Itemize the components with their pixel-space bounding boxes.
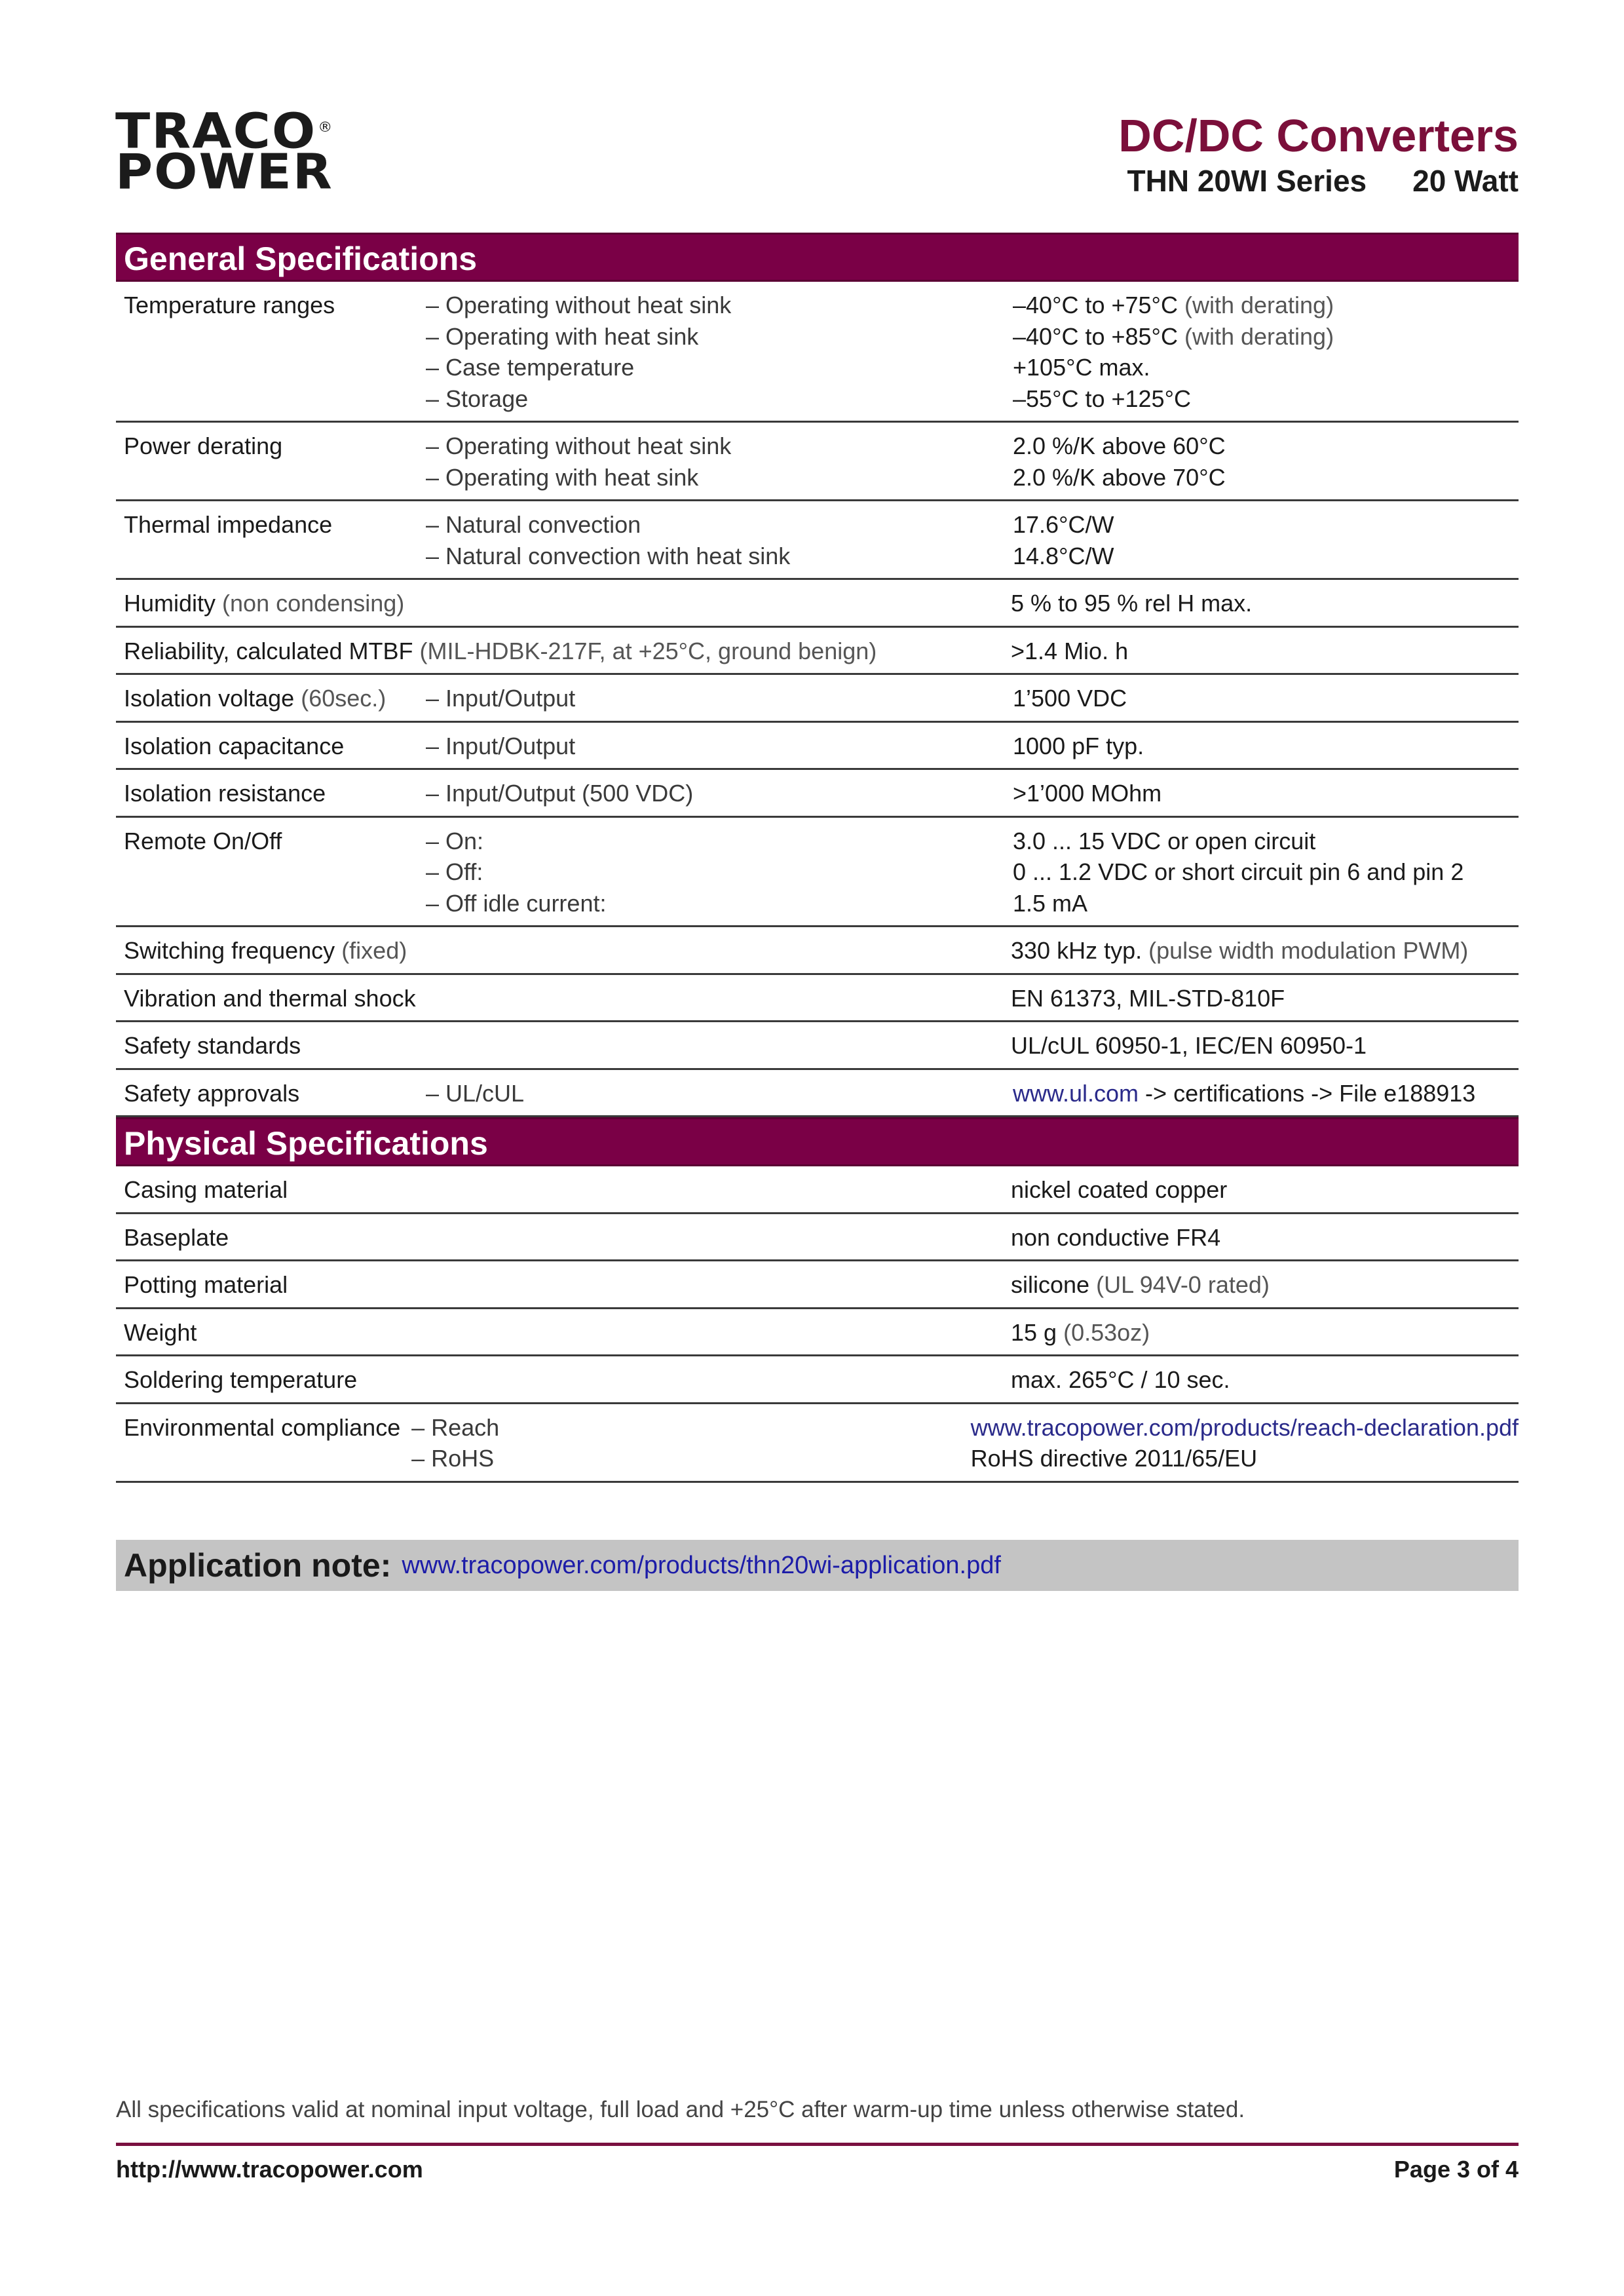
spec-values: 1’500 VDC	[1011, 683, 1519, 714]
spec-value-line: –40°C to +85°C (with derating)	[1013, 321, 1519, 353]
spec-label-note: (60sec.)	[301, 685, 386, 712]
spec-value-line: 1’500 VDC	[1013, 683, 1519, 714]
registered-mark: ®	[318, 120, 333, 136]
spec-value-line: –40°C to +75°C (with derating)	[1013, 290, 1519, 321]
spec-value: 14.8°C/W	[1013, 543, 1114, 569]
spec-value-line: silicone (UL 94V-0 rated)	[1011, 1269, 1519, 1301]
spec-value-line: 17.6°C/W	[1013, 509, 1519, 541]
spec-row: Thermal impedance– Natural convection– N…	[116, 501, 1519, 580]
spec-conditions: – Input/Output (500 VDC)	[426, 778, 1011, 809]
spacer	[229, 1222, 1009, 1253]
spec-values: www.tracopower.com/products/reach-declar…	[969, 1412, 1519, 1474]
spacer	[404, 588, 1009, 619]
spec-values: UL/cUL 60950-1, IEC/EN 60950-1	[1009, 1030, 1519, 1062]
spacer	[197, 1317, 1009, 1349]
spec-value: silicone	[1011, 1271, 1089, 1298]
spacer	[288, 1174, 1009, 1206]
spec-label: Isolation voltage (60sec.)	[116, 683, 426, 714]
spec-value-line: –55°C to +125°C	[1013, 383, 1519, 415]
general-specifications-table: General Specifications Temperature range…	[116, 233, 1519, 1117]
spec-row: Safety standardsUL/cUL 60950-1, IEC/EN 6…	[116, 1022, 1519, 1070]
spec-values: EN 61373, MIL-STD-810F	[1009, 983, 1519, 1014]
spec-value-line: 1000 pF typ.	[1013, 731, 1519, 762]
spec-row: Environmental compliance– Reach– RoHSwww…	[116, 1404, 1519, 1483]
spec-condition: – Input/Output	[426, 731, 1011, 762]
specifications-footnote: All specifications valid at nominal inpu…	[116, 2097, 1245, 2123]
spec-values: 15 g (0.53oz)	[1009, 1317, 1519, 1349]
spec-value: 330 kHz typ.	[1011, 937, 1142, 964]
spec-label-note: (non condensing)	[222, 590, 404, 617]
spec-label-text: Environmental compliance	[124, 1414, 400, 1441]
spec-value-line: 5 % to 95 % rel H max.	[1011, 588, 1519, 619]
spec-value-line: max. 265°C / 10 sec.	[1011, 1364, 1519, 1396]
spec-value-line: non conductive FR4	[1011, 1222, 1519, 1253]
spec-value: UL/cUL 60950-1, IEC/EN 60950-1	[1011, 1032, 1367, 1059]
spec-value-link[interactable]: www.tracopower.com/products/reach-declar…	[971, 1414, 1519, 1441]
spec-values: non conductive FR4	[1009, 1222, 1519, 1253]
spec-label: Reliability, calculated MTBF (MIL-HDBK-2…	[116, 636, 877, 667]
spec-label: Isolation capacitance	[116, 731, 426, 762]
spec-label: Baseplate	[116, 1222, 229, 1253]
spec-condition: – Storage	[426, 383, 1011, 415]
spacer	[407, 935, 1009, 966]
spec-value: nickel coated copper	[1011, 1176, 1227, 1203]
spec-conditions: – Reach– RoHS	[411, 1412, 969, 1474]
spec-condition: – UL/cUL	[426, 1078, 1011, 1109]
spec-label: Casing material	[116, 1174, 288, 1206]
spec-values: >1.4 Mio. h	[1009, 636, 1519, 667]
spec-label: Environmental compliance	[116, 1412, 411, 1474]
spec-value-line: 330 kHz typ. (pulse width modulation PWM…	[1011, 935, 1519, 966]
spec-value: –55°C to +125°C	[1013, 385, 1191, 412]
spec-label-text: Potting material	[124, 1271, 288, 1298]
footer-divider	[116, 2143, 1519, 2146]
spec-label: Weight	[116, 1317, 197, 1349]
spec-values: 17.6°C/W14.8°C/W	[1011, 509, 1519, 571]
spec-conditions: – UL/cUL	[426, 1078, 1011, 1109]
spec-value: 0 ... 1.2 VDC or short circuit pin 6 and…	[1013, 858, 1463, 885]
spec-row: Potting materialsilicone (UL 94V-0 rated…	[116, 1261, 1519, 1309]
spec-value-line: www.ul.com -> certifications -> File e18…	[1013, 1078, 1519, 1109]
spec-value: –40°C to +85°C	[1013, 323, 1178, 350]
spec-label-text: Vibration and thermal shock	[124, 985, 416, 1012]
spec-label: Remote On/Off	[116, 826, 426, 919]
spec-value: >1.4 Mio. h	[1011, 638, 1128, 664]
spec-row: Remote On/Off– On:– Off:– Off idle curre…	[116, 818, 1519, 928]
spec-value: 5 % to 95 % rel H max.	[1011, 590, 1252, 617]
spacer	[288, 1269, 1009, 1301]
spec-value: 2.0 %/K above 60°C	[1013, 432, 1226, 459]
spec-row: Reliability, calculated MTBF (MIL-HDBK-2…	[116, 628, 1519, 676]
spec-condition: – Operating with heat sink	[426, 462, 1011, 493]
logo-line-2: POWER	[115, 153, 333, 192]
application-note-label: Application note:	[124, 1546, 391, 1584]
spec-label: Safety approvals	[116, 1078, 426, 1109]
spec-label-text: Switching frequency	[124, 937, 335, 964]
spec-label-note: (MIL-HDBK-217F, at +25°C, ground benign)	[420, 638, 877, 664]
spec-value-note: (UL 94V-0 rated)	[1096, 1271, 1270, 1298]
spec-conditions: – On:– Off:– Off idle current:	[426, 826, 1011, 919]
spec-label-text: Isolation capacitance	[124, 733, 344, 759]
spec-condition: – RoHS	[411, 1443, 969, 1474]
spec-row: Isolation voltage (60sec.)– Input/Output…	[116, 675, 1519, 723]
spec-row: Temperature ranges– Operating without he…	[116, 282, 1519, 423]
spacer	[877, 636, 1009, 667]
spec-condition: – On:	[426, 826, 1011, 857]
spec-value-line: www.tracopower.com/products/reach-declar…	[971, 1412, 1519, 1444]
spec-value: 2.0 %/K above 70°C	[1013, 464, 1226, 491]
spec-label-text: Power derating	[124, 432, 282, 459]
spec-label: Power derating	[116, 430, 426, 493]
page-number: Page 3 of 4	[1394, 2156, 1519, 2183]
spec-condition: – Operating without heat sink	[426, 430, 1011, 462]
spec-row: Casing materialnickel coated copper	[116, 1166, 1519, 1214]
spec-value-line: EN 61373, MIL-STD-810F	[1011, 983, 1519, 1014]
section-header-physical: Physical Specifications	[116, 1117, 1519, 1166]
spec-row: Isolation resistance– Input/Output (500 …	[116, 770, 1519, 818]
spec-label-text: Remote On/Off	[124, 828, 282, 854]
spec-condition: – Operating with heat sink	[426, 321, 1011, 353]
spec-condition: – Operating without heat sink	[426, 290, 1011, 321]
spec-value: 17.6°C/W	[1013, 511, 1114, 538]
spec-label-text: Baseplate	[124, 1224, 229, 1251]
document-subtitle: THN 20WI Series20 Watt	[1118, 163, 1519, 199]
spec-values: 3.0 ... 15 VDC or open circuit0 ... 1.2 …	[1011, 826, 1519, 919]
spec-label: Potting material	[116, 1269, 288, 1301]
spec-row: Power derating– Operating without heat s…	[116, 423, 1519, 501]
spec-label-text: Isolation voltage	[124, 685, 294, 712]
spec-value-note: (with derating)	[1184, 323, 1334, 350]
spec-label-text: Thermal impedance	[124, 511, 332, 538]
spec-value: 15 g	[1011, 1319, 1057, 1346]
spec-value: 1.5 mA	[1013, 890, 1087, 917]
spec-value-line: >1.4 Mio. h	[1011, 636, 1519, 667]
spec-value-line: UL/cUL 60950-1, IEC/EN 60950-1	[1011, 1030, 1519, 1062]
spec-value-line: 0 ... 1.2 VDC or short circuit pin 6 and…	[1013, 856, 1519, 888]
spec-label-text: Humidity	[124, 590, 216, 617]
spec-label: Switching frequency (fixed)	[116, 935, 407, 966]
spec-value: +105°C max.	[1013, 354, 1150, 381]
spec-condition: – Case temperature	[426, 352, 1011, 383]
spec-row: Vibration and thermal shockEN 61373, MIL…	[116, 975, 1519, 1023]
spec-row: Baseplatenon conductive FR4	[116, 1214, 1519, 1262]
spec-label: Vibration and thermal shock	[116, 983, 416, 1014]
footer-website-link[interactable]: http://www.tracopower.com	[116, 2156, 423, 2183]
spec-label-text: Casing material	[124, 1176, 288, 1203]
document-title: DC/DC Converters	[1118, 108, 1519, 163]
spec-value-line: nickel coated copper	[1011, 1174, 1519, 1206]
spec-label-text: Isolation resistance	[124, 780, 326, 807]
spec-conditions: – Operating without heat sink– Operating…	[426, 290, 1011, 414]
spec-condition: – Input/Output	[426, 683, 1011, 714]
spacer	[416, 983, 1009, 1014]
application-note-bar: Application note: www.tracopower.com/pro…	[116, 1540, 1519, 1591]
spec-value-note: (0.53oz)	[1063, 1319, 1150, 1346]
spec-values: www.ul.com -> certifications -> File e18…	[1011, 1078, 1519, 1109]
spec-row: Weight15 g (0.53oz)	[116, 1309, 1519, 1357]
spec-value: non conductive FR4	[1011, 1224, 1220, 1251]
spec-row: Isolation capacitance– Input/Output1000 …	[116, 723, 1519, 771]
spec-row: Switching frequency (fixed)330 kHz typ. …	[116, 927, 1519, 975]
spec-value: –40°C to +75°C	[1013, 292, 1178, 318]
spec-values: 5 % to 95 % rel H max.	[1009, 588, 1519, 619]
spec-label-text: Weight	[124, 1319, 197, 1346]
spec-value-line: 2.0 %/K above 70°C	[1013, 462, 1519, 493]
application-note-link[interactable]: www.tracopower.com/products/thn20wi-appl…	[402, 1552, 1001, 1580]
spec-label-text: Safety approvals	[124, 1080, 299, 1107]
spacer	[357, 1364, 1009, 1396]
spec-values: 330 kHz typ. (pulse width modulation PWM…	[1009, 935, 1519, 966]
spec-value-line: 1.5 mA	[1013, 888, 1519, 919]
spec-values: >1’000 MOhm	[1011, 778, 1519, 809]
power-rating: 20 Watt	[1412, 164, 1519, 198]
spacer	[301, 1030, 1009, 1062]
spec-value-note: (with derating)	[1184, 292, 1334, 318]
spec-row: Safety approvals– UL/cULwww.ul.com -> ce…	[116, 1070, 1519, 1118]
spec-conditions: – Input/Output	[426, 731, 1011, 762]
spec-values: max. 265°C / 10 sec.	[1009, 1364, 1519, 1396]
spec-label: Humidity (non condensing)	[116, 588, 404, 619]
spec-conditions: – Input/Output	[426, 683, 1011, 714]
spec-row: Soldering temperaturemax. 265°C / 10 sec…	[116, 1356, 1519, 1404]
spec-conditions: – Natural convection– Natural convection…	[426, 509, 1011, 571]
spec-value-line: +105°C max.	[1013, 352, 1519, 383]
spec-values: nickel coated copper	[1009, 1174, 1519, 1206]
spec-value: 1’500 VDC	[1013, 685, 1127, 712]
spec-value-link[interactable]: www.ul.com	[1013, 1080, 1139, 1107]
spec-value-line: 15 g (0.53oz)	[1011, 1317, 1519, 1349]
spec-value-line: 14.8°C/W	[1013, 541, 1519, 572]
spec-value-line: >1’000 MOhm	[1013, 778, 1519, 809]
spec-value: -> certifications -> File e188913	[1139, 1080, 1475, 1107]
spec-value: max. 265°C / 10 sec.	[1011, 1366, 1230, 1393]
physical-rows: Casing materialnickel coated copperBasep…	[116, 1166, 1519, 1483]
spec-value-line: 2.0 %/K above 60°C	[1013, 430, 1519, 462]
spec-label-note: (fixed)	[341, 937, 407, 964]
physical-specifications-table: Physical Specifications Casing materialn…	[116, 1117, 1519, 1483]
spec-value: 1000 pF typ.	[1013, 733, 1144, 759]
spec-value-line: 3.0 ... 15 VDC or open circuit	[1013, 826, 1519, 857]
spec-condition: – Reach	[411, 1412, 969, 1444]
spec-label: Soldering temperature	[116, 1364, 357, 1396]
spec-value: 3.0 ... 15 VDC or open circuit	[1013, 828, 1315, 854]
spec-value-line: RoHS directive 2011/65/EU	[971, 1443, 1519, 1474]
traco-power-logo: TRACO® POWER	[115, 111, 333, 193]
spec-value: >1’000 MOhm	[1013, 780, 1161, 807]
spec-condition: – Off idle current:	[426, 888, 1011, 919]
spec-values: silicone (UL 94V-0 rated)	[1009, 1269, 1519, 1301]
spec-label-text: Soldering temperature	[124, 1366, 357, 1393]
spec-conditions: – Operating without heat sink– Operating…	[426, 430, 1011, 493]
spec-value: EN 61373, MIL-STD-810F	[1011, 985, 1285, 1012]
spec-label-text: Safety standards	[124, 1032, 301, 1059]
spec-label-text: Temperature ranges	[124, 292, 335, 318]
spec-label: Thermal impedance	[116, 509, 426, 571]
spec-values: 2.0 %/K above 60°C2.0 %/K above 70°C	[1011, 430, 1519, 493]
section-header-general: General Specifications	[116, 233, 1519, 282]
spec-label: Temperature ranges	[116, 290, 426, 414]
spec-value: RoHS directive 2011/65/EU	[971, 1445, 1258, 1472]
spec-label: Safety standards	[116, 1030, 301, 1062]
spec-condition: – Natural convection with heat sink	[426, 541, 1011, 572]
spec-value-note: (pulse width modulation PWM)	[1148, 937, 1468, 964]
document-title-block: DC/DC Converters THN 20WI Series20 Watt	[1118, 108, 1519, 199]
spec-condition: – Off:	[426, 856, 1011, 888]
spec-label: Isolation resistance	[116, 778, 426, 809]
spec-label-text: Reliability, calculated MTBF	[124, 638, 413, 664]
general-rows: Temperature ranges– Operating without he…	[116, 282, 1519, 1117]
spec-row: Humidity (non condensing)5 % to 95 % rel…	[116, 580, 1519, 628]
spec-condition: – Natural convection	[426, 509, 1011, 541]
spec-values: –40°C to +75°C (with derating)–40°C to +…	[1011, 290, 1519, 414]
spec-values: 1000 pF typ.	[1011, 731, 1519, 762]
series-name: THN 20WI Series	[1127, 164, 1367, 198]
spec-condition: – Input/Output (500 VDC)	[426, 778, 1011, 809]
